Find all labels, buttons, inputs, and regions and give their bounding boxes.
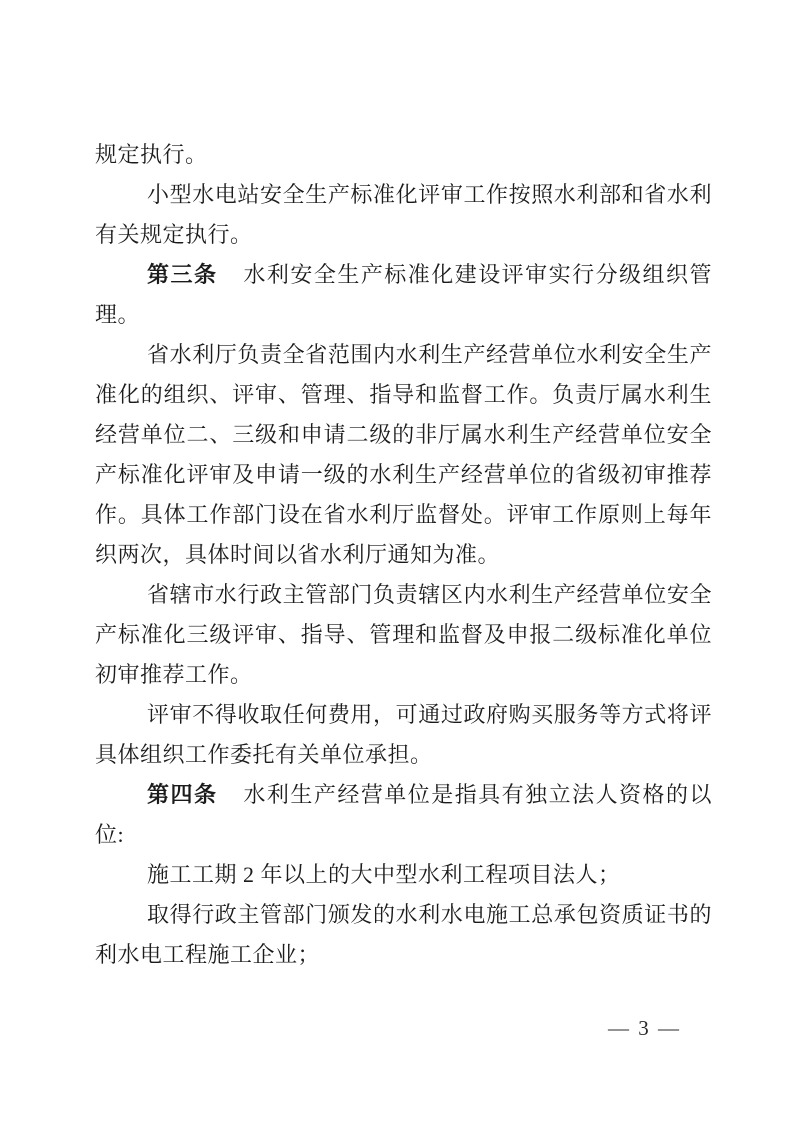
- text-line: 省水利厅负责全省范围内水利生产经营单位水利安全生产标: [95, 335, 712, 375]
- article-number-label: 第三条: [147, 262, 217, 287]
- text-line: 经营单位二、三级和申请二级的非厅属水利生产经营单位安全生: [95, 415, 712, 455]
- text-line-article-4: 第四条水利生产经营单位是指具有独立法人资格的以下单: [95, 775, 712, 815]
- text-line: 小型水电站安全生产标准化评审工作按照水利部和省水利厅: [95, 175, 712, 215]
- text-line: 初审推荐工作。: [95, 655, 712, 695]
- article-text: 水利安全生产标准化建设评审实行分级组织管: [243, 262, 712, 287]
- article-text: 水利生产经营单位是指具有独立法人资格的以下单: [147, 782, 712, 815]
- text-line: 具体组织工作委托有关单位承担。: [95, 735, 712, 775]
- text-line-article-3: 第三条水利安全生产标准化建设评审实行分级组织管: [95, 255, 712, 295]
- text-line: 省辖市水行政主管部门负责辖区内水利生产经营单位安全生: [95, 575, 712, 615]
- document-page: { "page_number": "— 3 —", "content": { "…: [0, 0, 794, 1123]
- article-number-label: 第四条: [147, 782, 217, 807]
- text-line: 理。: [95, 295, 712, 335]
- text-line: 产标准化评审及申请一级的水利生产经营单位的省级初审推荐工: [95, 455, 712, 495]
- text-line: 产标准化三级评审、指导、管理和监督及申报二级标准化单位的: [95, 615, 712, 655]
- text-line: 位:: [95, 815, 712, 855]
- text-line: 取得行政主管部门颁发的水利水电施工总承包资质证书的水: [95, 895, 712, 935]
- text-line: 施工工期 2 年以上的大中型水利工程项目法人；: [95, 855, 712, 895]
- text-line: 织两次，具体时间以省水利厅通知为准。: [95, 535, 712, 575]
- document-text-block: 规定执行。 小型水电站安全生产标准化评审工作按照水利部和省水利厅 有关规定执行。…: [95, 135, 712, 975]
- text-line: 作。具体工作部门设在省水利厅监督处。评审工作原则上每年组: [95, 495, 712, 535]
- text-line: 评审不得收取任何费用，可通过政府购买服务等方式将评审: [95, 695, 712, 735]
- text-line: 有关规定执行。: [95, 215, 712, 255]
- text-line: 规定执行。: [95, 135, 712, 175]
- page-number: — 3 —: [608, 1016, 681, 1040]
- text-line: 准化的组织、评审、管理、指导和监督工作。负责厅属水利生产: [95, 375, 712, 415]
- text-line: 利水电工程施工企业；: [95, 935, 712, 975]
